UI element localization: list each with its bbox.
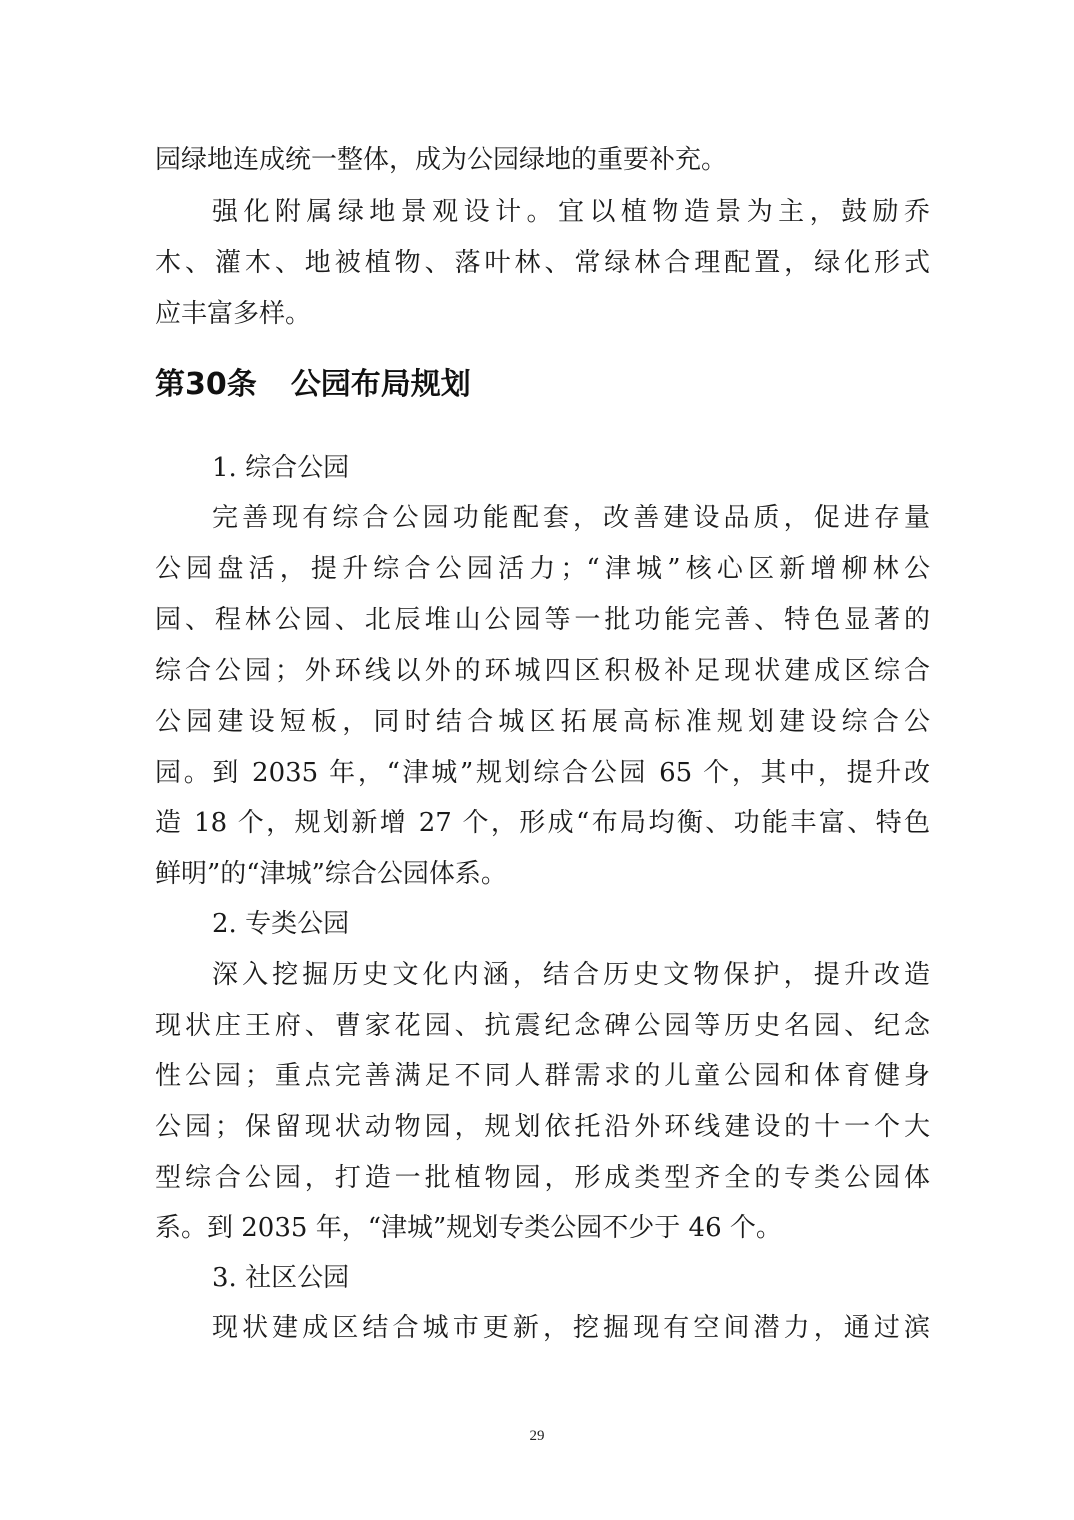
paragraph-line: 园。到 2035 年，“津城”规划综合公园 65 个，其中，提升改 — [155, 753, 930, 793]
paragraph-line: 型综合公园，打造一批植物园，形成类型齐全的专类公园体 — [155, 1158, 930, 1198]
paragraph-line: 公园；保留现状动物园，规划依托沿外环线建设的十一个大 — [155, 1107, 930, 1147]
article-heading: 第30条公园布局规划 — [155, 362, 471, 408]
section-heading-specialty-parks: 2. 专类公园 — [212, 904, 612, 944]
paragraph-line: 性公园；重点完善满足不同人群需求的儿童公园和体育健身 — [155, 1056, 930, 1096]
section-heading-comprehensive-parks: 1. 综合公园 — [212, 448, 612, 488]
paragraph-line: 公园盘活，提升综合公园活力；“津城”核心区新增柳林公 — [155, 549, 930, 589]
article-number: 第30条 — [155, 367, 257, 402]
paragraph-line: 鲜明”的“津城”综合公园体系。 — [155, 854, 930, 894]
section-heading-community-parks: 3. 社区公园 — [212, 1258, 612, 1298]
paragraph-line: 木、灌木、地被植物、落叶林、常绿林合理配置，绿化形式 — [155, 243, 930, 283]
paragraph-line: 现状建成区结合城市更新，挖掘现有空间潜力，通过滨 — [212, 1308, 930, 1348]
paragraph-line: 完善现有综合公园功能配套，改善建设品质，促进存量 — [212, 498, 930, 538]
paragraph-line: 系。到 2035 年，“津城”规划专类公园不少于 46 个。 — [155, 1208, 930, 1248]
paragraph-line: 公园建设短板，同时结合城区拓展高标准规划建设综合公 — [155, 702, 930, 742]
paragraph-line: 造 18 个，规划新增 27 个，形成“布局均衡、功能丰富、特色 — [155, 803, 930, 843]
paragraph-line: 强化附属绿地景观设计。宜以植物造景为主，鼓励乔 — [212, 192, 930, 232]
paragraph-line: 深入挖掘历史文化内涵，结合历史文物保护，提升改造 — [212, 955, 930, 995]
paragraph-line: 应丰富多样。 — [155, 294, 930, 334]
paragraph-line: 园、程林公园、北辰堆山公园等一批功能完善、特色显著的 — [155, 600, 930, 640]
article-title: 公园布局规划 — [291, 367, 471, 402]
paragraph-line: 园绿地连成统一整体，成为公园绿地的重要补充。 — [155, 140, 930, 180]
page-number: 29 — [0, 1428, 1074, 1445]
paragraph-line: 现状庄王府、曹家花园、抗震纪念碑公园等历史名园、纪念 — [155, 1006, 930, 1046]
paragraph-line: 综合公园；外环线以外的环城四区积极补足现状建成区综合 — [155, 651, 930, 691]
document-page: 园绿地连成统一整体，成为公园绿地的重要补充。 强化附属绿地景观设计。宜以植物造景… — [0, 0, 1074, 1520]
